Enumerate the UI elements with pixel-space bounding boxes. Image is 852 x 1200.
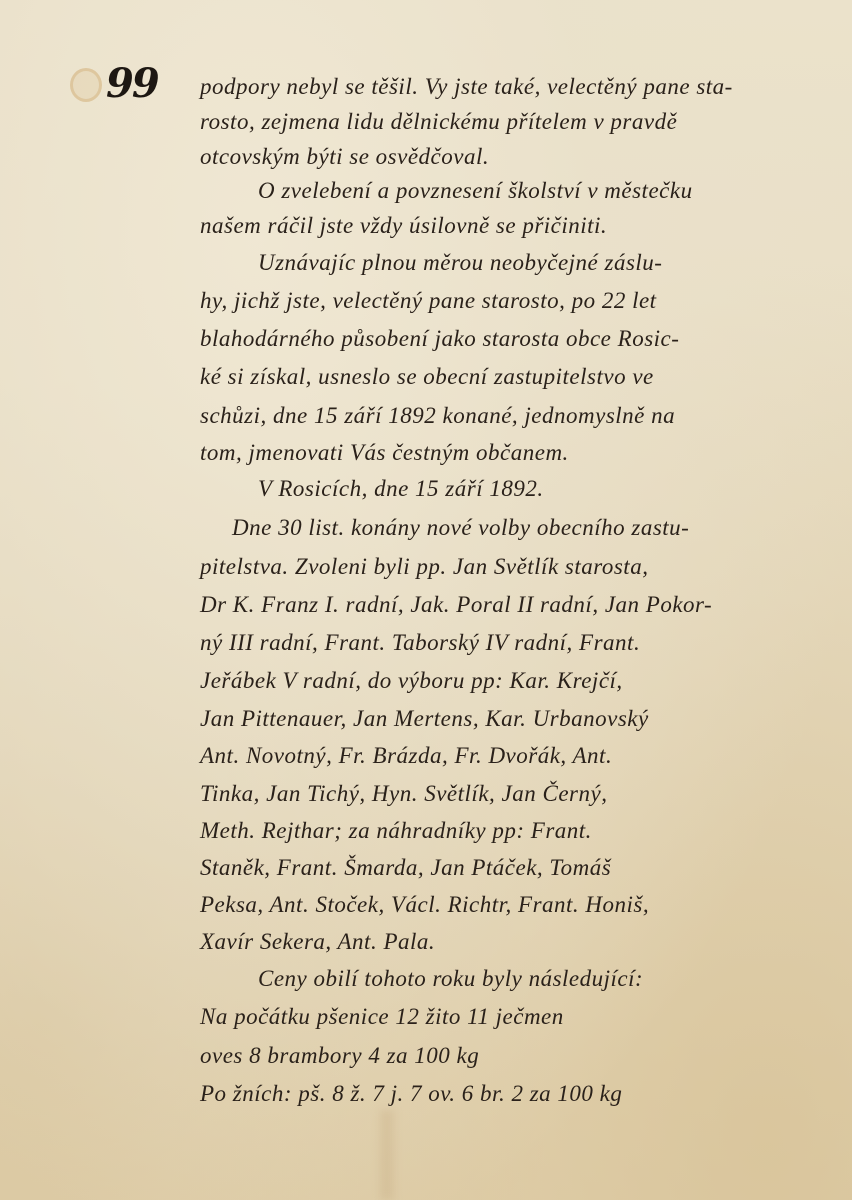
price-line: oves 8 brambory 4 za 100 kg	[200, 1043, 479, 1069]
text-line: Dr K. Franz I. radní, Jak. Poral II radn…	[200, 592, 712, 618]
price-line: Po žních: pš. 8 ž. 7 j. 7 ov. 6 br. 2 za…	[200, 1081, 622, 1107]
text-line: rosto, zejmena lidu dělnickému přítelem …	[200, 109, 677, 135]
text-line: Uznávajíc plnou měrou neobyčejné záslu-	[258, 250, 662, 276]
text-line: podpory nebyl se těšil. Vy jste také, ve…	[200, 74, 733, 100]
ink-stain	[70, 68, 102, 102]
date-line: V Rosicích, dne 15 září 1892.	[258, 476, 544, 502]
paper-stain	[380, 1110, 394, 1200]
text-line: schůzi, dne 15 září 1892 konané, jednomy…	[200, 403, 675, 429]
text-line: pitelstva. Zvoleni byli pp. Jan Světlík …	[200, 554, 648, 580]
text-line: O zvelebení a povznesení školství v měst…	[258, 178, 693, 204]
price-line: Na počátku pšenice 12 žito 11 ječmen	[200, 1004, 564, 1030]
text-line: Jan Pittenauer, Jan Mertens, Kar. Urbano…	[200, 706, 649, 732]
text-line: Staněk, Frant. Šmarda, Jan Ptáček, Tomáš	[200, 855, 611, 881]
text-line: ké si získal, usneslo se obecní zastupit…	[200, 364, 654, 390]
text-line: ný III radní, Frant. Taborský IV radní, …	[200, 630, 640, 656]
text-line: hy, jichž jste, velectěný pane starosto,…	[200, 288, 657, 314]
text-line: otcovským býti se osvědčoval.	[200, 144, 489, 170]
text-line: Tinka, Jan Tichý, Hyn. Světlík, Jan Čern…	[200, 781, 607, 807]
page-number: 99	[106, 60, 158, 107]
text-line: Xavír Sekera, Ant. Pala.	[200, 929, 435, 955]
text-line: Meth. Rejthar; za náhradníky pp: Frant.	[200, 818, 592, 844]
text-line: Jeřábek V radní, do výboru pp: Kar. Krej…	[200, 668, 623, 694]
manuscript-page: 99 podpory nebyl se těšil. Vy jste také,…	[0, 0, 852, 1200]
text-line: blahodárného působení jako starosta obce…	[200, 326, 679, 352]
text-line: našem ráčil jste vždy úsilovně se přičin…	[200, 213, 607, 239]
text-line: Ceny obilí tohoto roku byly následující:	[258, 966, 643, 992]
text-line: tom, jmenovati Vás čestným občanem.	[200, 440, 569, 466]
text-line: Peksa, Ant. Stoček, Václ. Richtr, Frant.…	[200, 892, 649, 918]
text-line: Ant. Novotný, Fr. Brázda, Fr. Dvořák, An…	[200, 743, 612, 769]
text-line: Dne 30 list. konány nové volby obecního …	[232, 515, 689, 541]
